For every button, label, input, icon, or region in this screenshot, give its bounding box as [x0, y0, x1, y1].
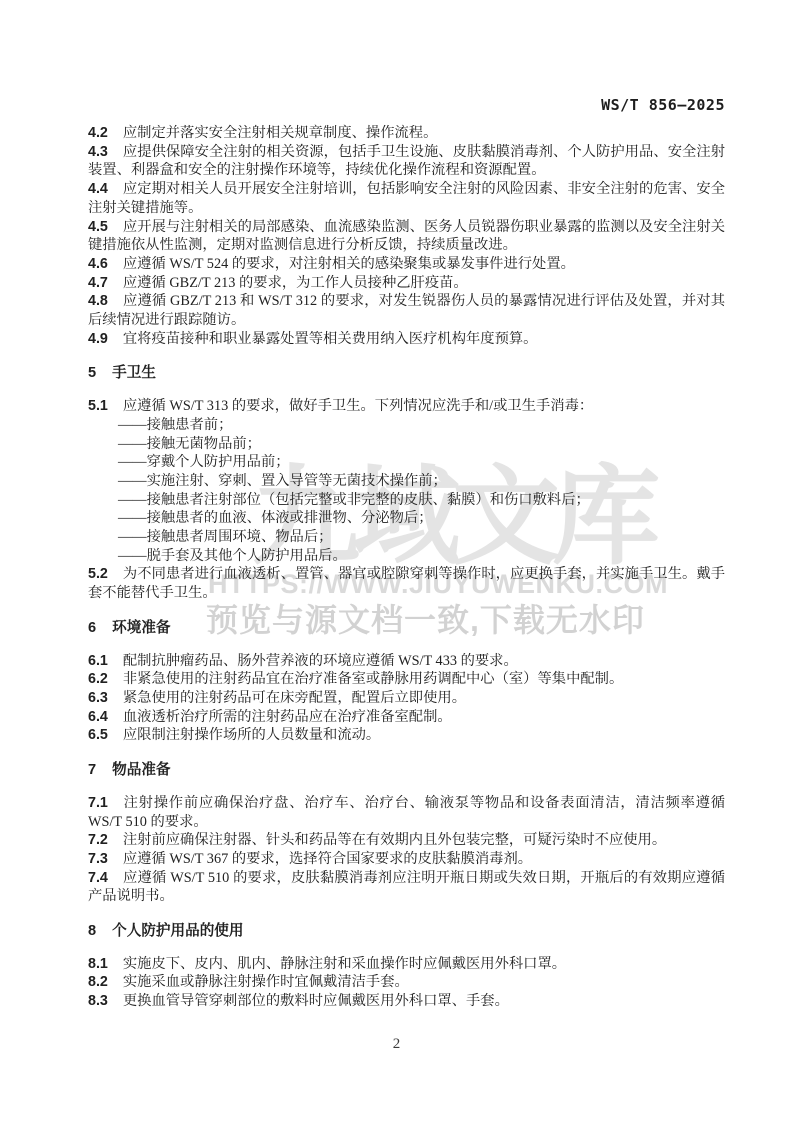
dash-list-item: ——接触患者的血液、体液或排泄物、分泌物后； — [88, 509, 725, 528]
clause-number: 5.2 — [88, 566, 108, 582]
clause-5.2: 5.2为不同患者进行血液透析、置管、器官或腔隙穿刺等操作时，应更换手套，并实施手… — [88, 565, 725, 602]
paragraph-text: 应遵循 WS/T 510 的要求，皮肤黏膜消毒剂应注明开瓶日期或失效日期，开瓶后… — [88, 870, 725, 905]
clause-number: 7.3 — [88, 851, 108, 867]
clause-number: 8.1 — [88, 956, 108, 972]
paragraph-text: 应遵循 WS/T 524 的要求，对注射相关的感染聚集或暴发事件进行处置。 — [123, 256, 575, 272]
paragraph-text: 应遵循 GBZ/T 213 的要求，为工作人员接种乙肝疫苗。 — [123, 275, 468, 291]
clause-number: 4.5 — [88, 219, 108, 235]
paragraph-text: 实施皮下、皮内、肌内、静脉注射和采血操作时应佩戴医用外科口罩。 — [123, 956, 566, 972]
clause-5.1: 5.1应遵循 WS/T 313 的要求，做好手卫生。下列情况应洗手和/或卫生手消… — [88, 397, 725, 416]
paragraph-text: 应限制注射操作场所的人员数量和流动。 — [123, 727, 380, 743]
clause-8.1: 8.1实施皮下、皮内、肌内、静脉注射和采血操作时应佩戴医用外科口罩。 — [88, 955, 725, 974]
heading-text: 个人防护用品的使用 — [112, 923, 243, 939]
clause-8.2: 8.2实施采血或静脉注射操作时宜佩戴清洁手套。 — [88, 973, 725, 992]
paragraph-text: 非紧急使用的注射药品宜在治疗准备室或静脉用药调配中心（室）等集中配制。 — [123, 671, 623, 687]
paragraph-text: ——穿戴个人防护用品前； — [118, 454, 290, 470]
section-heading-7: 7物品准备 — [88, 761, 725, 780]
paragraph-text: 应开展与注射相关的局部感染、血流感染监测、医务人员锐器伤职业暴露的监测以及安全注… — [88, 219, 725, 254]
clause-6.1: 6.1配制抗肿瘤药品、肠外营养液的环境应遵循 WS/T 433 的要求。 — [88, 652, 725, 671]
clause-number: 5.1 — [88, 398, 108, 414]
paragraph-text: 更换血管导管穿刺部位的敷料时应佩戴医用外科口罩、手套。 — [123, 993, 509, 1009]
page-number: 2 — [0, 1036, 793, 1053]
clause-6.4: 6.4血液透析治疗所需的注射药品应在治疗准备室配制。 — [88, 708, 725, 727]
clause-6.2: 6.2非紧急使用的注射药品宜在治疗准备室或静脉用药调配中心（室）等集中配制。 — [88, 670, 725, 689]
clause-7.2: 7.2注射前应确保注射器、针头和药品等在有效期内且外包装完整，可疑污染时不应使用… — [88, 831, 725, 850]
clause-7.1: 7.1注射操作前应确保治疗盘、治疗车、治疗台、输液泵等物品和设备表面清洁，清洁频… — [88, 794, 725, 831]
clause-number: 8.2 — [88, 974, 108, 990]
clause-4.3: 4.3应提供保障安全注射的相关资源，包括手卫生设施、皮肤黏膜消毒剂、个人防护用品… — [88, 143, 725, 180]
paragraph-text: ——接触患者注射部位（包括完整或非完整的皮肤、黏膜）和伤口敷料后； — [118, 492, 590, 508]
clause-4.9: 4.9宜将疫苗接种和职业暴露处置等相关费用纳入医疗机构年度预算。 — [88, 330, 725, 349]
clause-number: 6.4 — [88, 709, 108, 725]
clause-number: 7 — [88, 762, 96, 778]
clause-4.2: 4.2应制定并落实安全注射相关规章制度、操作流程。 — [88, 124, 725, 143]
clause-7.3: 7.3应遵循 WS/T 367 的要求，选择符合国家要求的皮肤黏膜消毒剂。 — [88, 850, 725, 869]
paragraph-text: ——接触患者前； — [118, 417, 232, 433]
clause-number: 6.5 — [88, 727, 108, 743]
paragraph-text: 注射前应确保注射器、针头和药品等在有效期内且外包装完整，可疑污染时不应使用。 — [123, 832, 666, 848]
clause-6.5: 6.5应限制注射操作场所的人员数量和流动。 — [88, 726, 725, 745]
clause-number: 7.4 — [88, 870, 108, 886]
section-heading-5: 5手卫生 — [88, 364, 725, 383]
clause-4.4: 4.4应定期对相关人员开展安全注射培训，包括影响安全注射的风险因素、非安全注射的… — [88, 180, 725, 217]
paragraph-text: 宜将疫苗接种和职业暴露处置等相关费用纳入医疗机构年度预算。 — [123, 331, 538, 347]
clause-number: 5 — [88, 365, 96, 381]
clause-number: 4.8 — [88, 293, 108, 309]
paragraph-text: 血液透析治疗所需的注射药品应在治疗准备室配制。 — [123, 709, 452, 725]
clause-4.8: 4.8应遵循 GBZ/T 213 和 WS/T 312 的要求，对发生锐器伤人员… — [88, 292, 725, 329]
dash-list-item: ——接触患者注射部位（包括完整或非完整的皮肤、黏膜）和伤口敷料后； — [88, 491, 725, 510]
clause-number: 7.1 — [88, 795, 108, 811]
clause-number: 6 — [88, 620, 96, 636]
heading-text: 物品准备 — [112, 762, 170, 778]
dash-list-item: ——穿戴个人防护用品前； — [88, 453, 725, 472]
paragraph-text: 配制抗肿瘤药品、肠外营养液的环境应遵循 WS/T 433 的要求。 — [123, 653, 518, 669]
clause-number: 4.9 — [88, 331, 108, 347]
clause-number: 6.1 — [88, 653, 108, 669]
paragraph-text: 紧急使用的注射药品可在床旁配置，配置后立即使用。 — [123, 690, 466, 706]
clause-number: 4.2 — [88, 125, 108, 141]
clause-number: 7.2 — [88, 832, 108, 848]
paragraph-text: 实施采血或静脉注射操作时宜佩戴清洁手套。 — [123, 974, 409, 990]
document-page: 九域文库 HTTPS://WWW.JIUYUWENKU.COM 预览与源文档一致… — [0, 0, 793, 1122]
section-heading-8: 8个人防护用品的使用 — [88, 922, 725, 941]
paragraph-text: 为不同患者进行血液透析、置管、器官或腔隙穿刺等操作时，应更换手套，并实施手卫生。… — [88, 566, 725, 601]
section-heading-6: 6环境准备 — [88, 619, 725, 638]
clause-number: 4.4 — [88, 181, 108, 197]
paragraph-text: ——实施注射、穿刺、置入导管等无菌技术操作前； — [118, 473, 447, 489]
clause-8.3: 8.3更换血管导管穿刺部位的敷料时应佩戴医用外科口罩、手套。 — [88, 992, 725, 1011]
clause-7.4: 7.4应遵循 WS/T 510 的要求，皮肤黏膜消毒剂应注明开瓶日期或失效日期，… — [88, 869, 725, 906]
clause-4.6: 4.6应遵循 WS/T 524 的要求，对注射相关的感染聚集或暴发事件进行处置。 — [88, 255, 725, 274]
clause-number: 4.3 — [88, 144, 108, 160]
document-body: 4.2应制定并落实安全注射相关规章制度、操作流程。4.3应提供保障安全注射的相关… — [88, 124, 725, 1011]
dash-list-item: ——实施注射、穿刺、置入导管等无菌技术操作前； — [88, 472, 725, 491]
paragraph-text: 应遵循 GBZ/T 213 和 WS/T 312 的要求，对发生锐器伤人员的暴露… — [88, 293, 725, 328]
paragraph-text: ——接触患者周围环境、物品后； — [118, 529, 332, 545]
clause-number: 6.3 — [88, 690, 108, 706]
standard-code-header: WS/T 856—2025 — [601, 96, 725, 114]
heading-text: 手卫生 — [112, 365, 156, 381]
paragraph-text: ——接触患者的血液、体液或排泄物、分泌物后； — [118, 510, 433, 526]
paragraph-text: 应提供保障安全注射的相关资源，包括手卫生设施、皮肤黏膜消毒剂、个人防护用品、安全… — [88, 144, 725, 179]
dash-list-item: ——接触患者周围环境、物品后； — [88, 528, 725, 547]
heading-text: 环境准备 — [112, 620, 170, 636]
paragraph-text: 应遵循 WS/T 367 的要求，选择符合国家要求的皮肤黏膜消毒剂。 — [123, 851, 532, 867]
clause-4.5: 4.5应开展与注射相关的局部感染、血流感染监测、医务人员锐器伤职业暴露的监测以及… — [88, 218, 725, 255]
paragraph-text: ——接触无菌物品前； — [118, 436, 261, 452]
clause-number: 6.2 — [88, 671, 108, 687]
dash-list-item: ——接触患者前； — [88, 416, 725, 435]
clause-6.3: 6.3紧急使用的注射药品可在床旁配置，配置后立即使用。 — [88, 689, 725, 708]
paragraph-text: ——脱手套及其他个人防护用品后。 — [118, 548, 347, 564]
dash-list-item: ——接触无菌物品前； — [88, 435, 725, 454]
dash-list-item: ——脱手套及其他个人防护用品后。 — [88, 547, 725, 566]
clause-number: 8.3 — [88, 993, 108, 1009]
paragraph-text: 应制定并落实安全注射相关规章制度、操作流程。 — [123, 125, 438, 141]
paragraph-text: 应遵循 WS/T 313 的要求，做好手卫生。下列情况应洗手和/或卫生手消毒： — [123, 398, 593, 414]
clause-number: 8 — [88, 923, 96, 939]
clause-4.7: 4.7应遵循 GBZ/T 213 的要求，为工作人员接种乙肝疫苗。 — [88, 274, 725, 293]
clause-number: 4.7 — [88, 275, 108, 291]
paragraph-text: 注射操作前应确保治疗盘、治疗车、治疗台、输液泵等物品和设备表面清洁，清洁频率遵循… — [88, 795, 725, 830]
clause-number: 4.6 — [88, 256, 108, 272]
paragraph-text: 应定期对相关人员开展安全注射培训，包括影响安全注射的风险因素、非安全注射的危害、… — [88, 181, 725, 216]
